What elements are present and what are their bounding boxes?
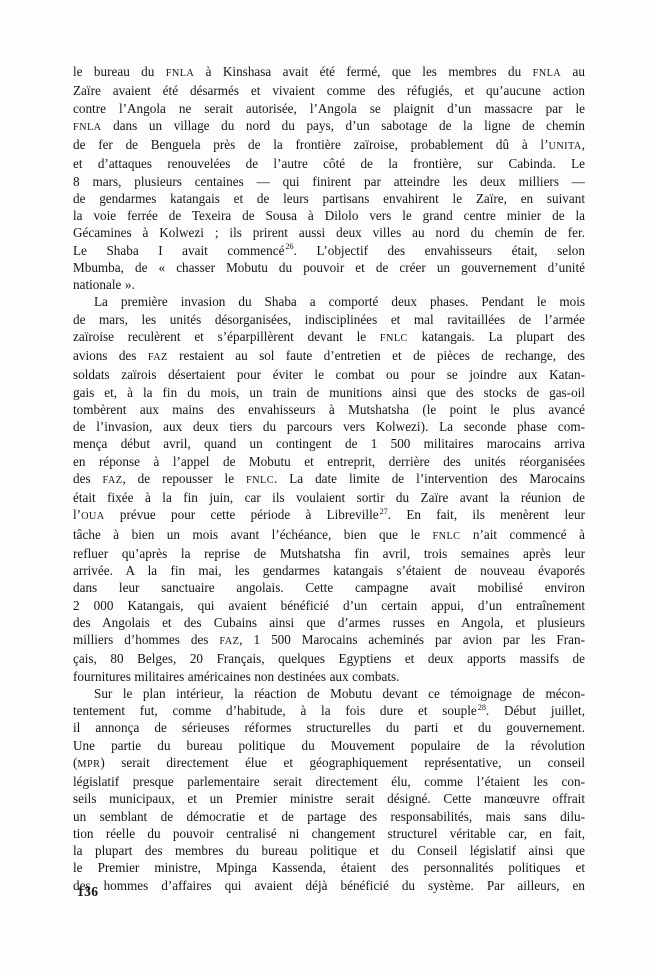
text-line: tombèrent aux mains des envahisseurs à M… [73,401,585,418]
text-run: des hommes d’affaires qui avaient déjà b… [73,878,585,893]
text-run: de fer de Benguela près de la frontière … [73,137,548,152]
text-line: mença début avril, quand un contingent d… [73,435,585,452]
text-line: çais, 80 Belges, 20 Français, quelques E… [73,650,585,667]
small-caps-acronym: FNLA [73,122,102,133]
text-run: était fixée à la fin juin, car ils voula… [73,490,585,505]
small-caps-acronym: MPR [77,759,100,770]
footnote-reference: 27 [380,507,388,516]
small-caps-acronym: FNLC [380,333,408,344]
text-line: 8 mars, plusieurs centaines — qui finire… [73,173,585,190]
text-run: 2 000 Katangais, qui avaient bénéficié d… [73,598,585,613]
text-run: Mbumba, de « chasser Mobutu du pouvoir e… [73,260,585,275]
text-run: , [582,137,585,152]
text-line: zaïroise reculèrent et s’éparpillèrent d… [73,328,585,347]
text-line: de l’invasion, aux deux tiers du parcour… [73,418,585,435]
text-line: la plupart des membres du bureau politiq… [73,842,585,859]
text-run: de mars, les unités désorganisées, indis… [73,312,585,327]
text-run: dans un village du nord du pays, d’un sa… [102,118,586,133]
text-run: Zaïre avaient été désarmés et vivaient c… [73,83,585,98]
text-run: de l’invasion, aux deux tiers du parcour… [73,419,585,434]
text-run: des [73,471,103,486]
small-caps-acronym: FNLC [246,475,274,486]
text-line: fournitures militaires américaines non d… [73,668,585,685]
small-caps-acronym: FAZ [148,352,168,363]
footnote-reference: 26 [285,242,293,251]
text-line: avions des FAZ restaient au sol faute d’… [73,347,585,366]
text-line: la voie ferrée de Texeira de Sousa à Dil… [73,207,585,224]
small-caps-acronym: OUA [81,511,105,522]
text-line: arrivée. A la fin mai, les gendarmes kat… [73,562,585,579]
text-line: La première invasion du Shaba a comporté… [73,293,585,310]
text-run: mença début avril, quand un contingent d… [73,436,585,451]
text-line: et d’attaques renouvelées de l’autre côt… [73,155,585,172]
text-line: il annonça de sérieuses réformes structu… [73,719,585,736]
text-run: milliers d’hommes des [73,632,219,647]
text-run: tentement fut, comme d’habitude, à la fo… [73,703,477,718]
text-line: le bureau du FNLA à Kinshasa avait été f… [73,63,585,82]
text-run: Gécamines à Kolwezi ; ils prirent aussi … [73,225,585,240]
text-line: en réponse à l’appel de Mobutu et entrep… [73,453,585,470]
text-line: l’OUA prévue pour cette période à Librev… [73,506,585,525]
text-line: refluer qu’après la reprise de Mutshatsh… [73,545,585,562]
text-run: législatif presque parlementaire serait … [73,774,585,789]
small-caps-acronym: FNLC [432,531,460,542]
text-line: des hommes d’affaires qui avaient déjà b… [73,877,585,894]
text-line: tâche à bien un mois avant l’échéance, b… [73,526,585,545]
text-line: contre l’Angola ne serait autorisée, l’A… [73,100,585,117]
text-line: le Premier ministre, Mpinga Kassenda, ét… [73,859,585,876]
text-line: Sur le plan intérieur, la réaction de Mo… [73,685,585,702]
text-line: des FAZ, de repousser le FNLC. La date l… [73,470,585,489]
text-line: seils municipaux, et un Premier ministre… [73,790,585,807]
text-run: çais, 80 Belges, 20 Français, quelques E… [73,651,585,666]
text-run: Une partie du bureau politique du Mouvem… [73,738,585,753]
small-caps-acronym: UNITA [548,141,581,152]
text-line: tion réelle du pouvoir centralisé ni cha… [73,825,585,842]
text-line: Le Shaba I avait commencé26. L’objectif … [73,242,585,259]
footnote-reference: 28 [478,703,486,712]
text-run: l’ [73,507,81,522]
text-run: . En fait, ils menèrent leur [388,507,585,522]
text-line: FNLA dans un village du nord du pays, d’… [73,117,585,136]
text-line: soldats zaïrois désertaient pour éviter … [73,366,585,383]
text-run: le bureau du [73,64,166,79]
text-run: . Début juillet, [486,703,585,718]
text-run: au [561,64,585,79]
text-run: nationale ». [73,277,135,292]
text-run: tombèrent aux mains des envahisseurs à M… [73,402,585,417]
text-run: de gendarmes katangais et de leurs parti… [73,191,585,206]
text-run: , de repousser le [122,471,246,486]
text-run: arrivée. A la fin mai, les gendarmes kat… [73,563,585,578]
text-line: tentement fut, comme d’habitude, à la fo… [73,702,585,719]
text-line: 2 000 Katangais, qui avaient bénéficié d… [73,597,585,614]
text-run: . L’objectif des envahisseurs était, sel… [294,243,585,258]
text-run: refluer qu’après la reprise de Mutshatsh… [73,546,585,561]
text-run: zaïroise reculèrent et s’éparpillèrent d… [73,329,380,344]
text-run: 8 mars, plusieurs centaines — qui finire… [73,174,585,189]
small-caps-acronym: FNLA [166,68,195,79]
text-line: Zaïre avaient été désarmés et vivaient c… [73,82,585,99]
text-run: restaient au sol faute d’entretien et de… [168,348,585,363]
text-run: fournitures militaires américaines non d… [73,669,399,684]
text-line: de mars, les unités désorganisées, indis… [73,311,585,328]
text-line: était fixée à la fin juin, car ils voula… [73,489,585,506]
text-run: contre l’Angola ne serait autorisée, l’A… [73,101,585,116]
small-caps-acronym: FNLA [533,68,562,79]
text-line: dans leur sanctuaire angolais. Cette cam… [73,579,585,596]
text-line: un semblant de démocratie et de partage … [73,808,585,825]
text-run: katangais. La plupart des [408,329,585,344]
text-line: milliers d’hommes des FAZ, 1 500 Marocai… [73,631,585,650]
text-run: un semblant de démocratie et de partage … [73,809,585,824]
text-run: , 1 500 Marocains acheminés par avion pa… [239,632,585,647]
text-run: des Angolais et des Cubains ainsi que d’… [73,615,585,630]
text-run: La première invasion du Shaba a comporté… [94,294,585,309]
text-run: en réponse à l’appel de Mobutu et entrep… [73,454,585,469]
text-run: et d’attaques renouvelées de l’autre côt… [73,156,585,171]
text-line: gais et, à la fin du mois, un train de m… [73,384,585,401]
text-run: seils municipaux, et un Premier ministre… [73,791,585,806]
text-run: Le Shaba I avait commencé [73,243,284,258]
text-run: . La date limite de l’intervention des M… [274,471,585,486]
text-run: gais et, à la fin du mois, un train de m… [73,385,585,400]
small-caps-acronym: FAZ [103,475,123,486]
text-line: Une partie du bureau politique du Mouvem… [73,737,585,754]
text-run: le Premier ministre, Mpinga Kassenda, ét… [73,860,585,875]
text-line: nationale ». [73,276,585,293]
text-line: de fer de Benguela près de la frontière … [73,136,585,155]
text-run: tion réelle du pouvoir centralisé ni cha… [73,826,585,841]
body-text: le bureau du FNLA à Kinshasa avait été f… [73,63,585,894]
text-line: Gécamines à Kolwezi ; ils prirent aussi … [73,224,585,241]
small-caps-acronym: FAZ [219,636,239,647]
text-run: la voie ferrée de Texeira de Sousa à Dil… [73,208,585,223]
text-run: la plupart des membres du bureau politiq… [73,843,585,858]
text-line: des Angolais et des Cubains ainsi que d’… [73,614,585,631]
text-line: (MPR) serait directement élue et géograp… [73,754,585,773]
book-page: le bureau du FNLA à Kinshasa avait été f… [0,0,650,976]
text-run: Sur le plan intérieur, la réaction de Mo… [94,686,585,701]
text-run: ) serait directement élue et géographiqu… [100,755,585,770]
page-number: 136 [77,884,98,900]
text-run: tâche à bien un mois avant l’échéance, b… [73,527,432,542]
text-line: de gendarmes katangais et de leurs parti… [73,190,585,207]
text-line: législatif presque parlementaire serait … [73,773,585,790]
text-run: prévue pour cette période à Libreville [105,507,379,522]
text-run: dans leur sanctuaire angolais. Cette cam… [73,580,585,595]
text-run: soldats zaïrois désertaient pour éviter … [73,367,585,382]
text-run: il annonça de sérieuses réformes structu… [73,720,585,735]
text-run: avions des [73,348,148,363]
text-run: à Kinshasa avait été fermé, que les memb… [194,64,532,79]
text-line: Mbumba, de « chasser Mobutu du pouvoir e… [73,259,585,276]
text-run: n’ait commencé à [460,527,585,542]
